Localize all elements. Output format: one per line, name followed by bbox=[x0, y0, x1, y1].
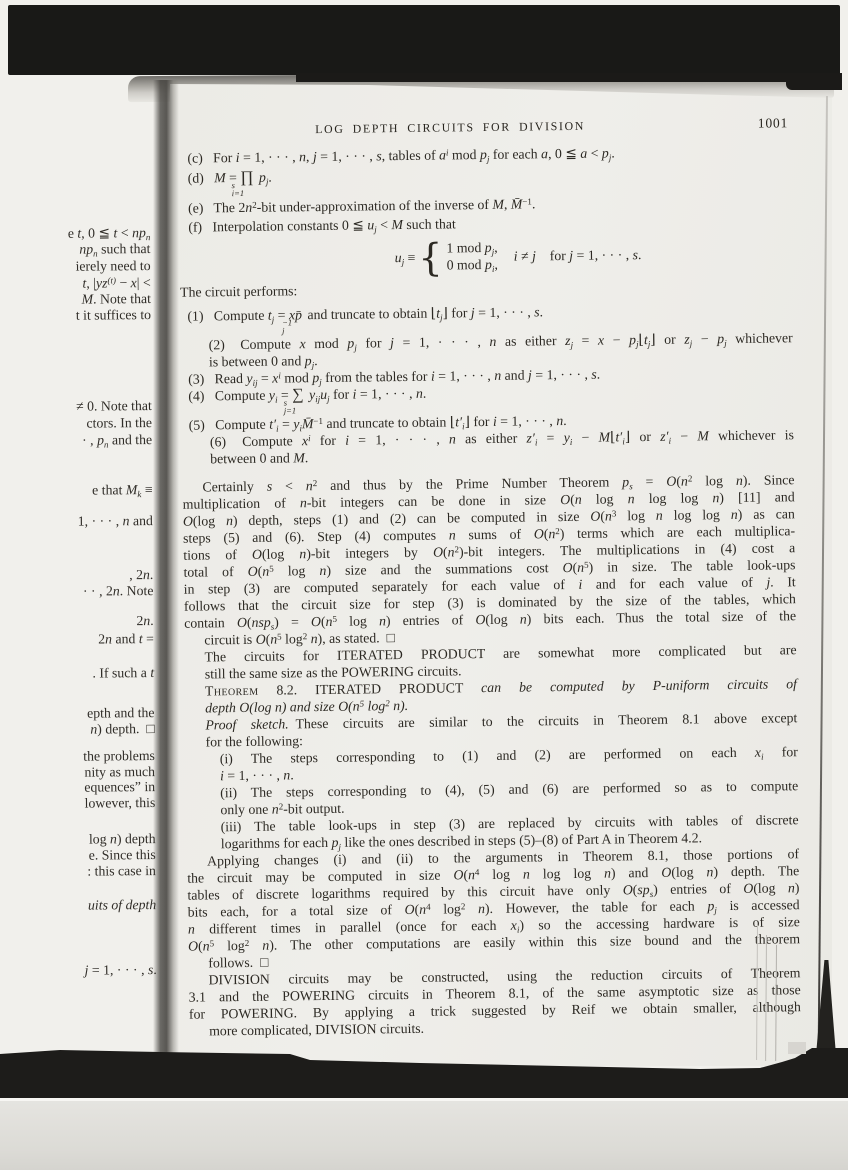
left-page-fragment: · , pn and the bbox=[82, 433, 152, 448]
left-page-fragment: ierely need to bbox=[75, 259, 150, 274]
paragraph-applying-changes: Applying changes (i) and (ii) to the arg… bbox=[187, 845, 800, 971]
cases-brace: { bbox=[418, 239, 443, 275]
left-page-fragment: nity as much bbox=[84, 765, 155, 780]
page-number: 1001 bbox=[758, 114, 788, 131]
left-page-fragment: npn such that bbox=[79, 242, 150, 257]
circuit-performs-line: The circuit performs: bbox=[180, 276, 792, 300]
left-page-fragment: j = 1, · · · , s. bbox=[85, 963, 157, 978]
scanner-top-black-strip bbox=[296, 73, 790, 82]
left-page-fragment: M. Note that bbox=[81, 292, 150, 307]
scanner-top-notch bbox=[786, 73, 842, 90]
book-spine-shadow bbox=[153, 80, 179, 1060]
left-page-fragment: 2n and t = bbox=[98, 632, 154, 646]
page-corner-step bbox=[788, 1042, 806, 1054]
left-page-fragment: . If such a t bbox=[92, 666, 154, 681]
left-page-fragment: uits of depth bbox=[88, 898, 156, 913]
left-page-text-fragments: e t, 0 ≦ t < npnnpn such thatierely need… bbox=[0, 80, 161, 1051]
running-head: LOG DEPTH CIRCUITS FOR DIVISION bbox=[315, 118, 585, 138]
left-page-fragment: n) depth. □ bbox=[90, 722, 154, 737]
scanner-bottom-gray-strip bbox=[0, 1101, 848, 1170]
left-page-fragment: e that Mk ≡ bbox=[92, 483, 153, 498]
left-page-fragment: t it suffices to bbox=[76, 308, 151, 323]
left-page-fragment: : this case in bbox=[87, 864, 156, 879]
left-page-fragment: equences” in bbox=[84, 780, 155, 795]
left-page-fragment: the problems bbox=[83, 749, 155, 764]
left-page-fragment: 2n. bbox=[136, 614, 153, 628]
left-page-fragment: log n) depth bbox=[89, 832, 156, 847]
left-page-fragment: ctors. In the bbox=[86, 416, 152, 431]
left-page-fragment: t, |yz(t) − x| < bbox=[82, 276, 150, 291]
scanner-top-black-bar bbox=[8, 5, 840, 75]
page-body-text: LOG DEPTH CIRCUITS FOR DIVISION 1001 (c)… bbox=[178, 114, 801, 1039]
right-page: LOG DEPTH CIRCUITS FOR DIVISION 1001 (c)… bbox=[170, 84, 832, 1066]
left-page-fragment: e t, 0 ≦ t < npn bbox=[68, 226, 151, 241]
left-page-fragment: e. Since this bbox=[89, 848, 156, 863]
left-page-fragment: , 2n. bbox=[129, 568, 153, 582]
left-page-fragment: epth and the bbox=[87, 706, 155, 721]
step-6: (6) Compute xi for i = 1, · · · , n as e… bbox=[182, 426, 794, 467]
left-page-fragment: · · , 2n. Note bbox=[83, 584, 154, 599]
paragraph-division: DIVISION circuits may be constructed, us… bbox=[188, 964, 801, 1039]
page-header: LOG DEPTH CIRCUITS FOR DIVISION 1001 bbox=[178, 114, 790, 139]
left-page-fragment: lowever, this bbox=[85, 796, 156, 811]
paragraph-size-analysis: Certainly s < n2 and thus by the Prime N… bbox=[182, 471, 796, 648]
left-page-fragment: 1, · · · , n and bbox=[78, 514, 153, 529]
left-page-fragment: ≠ 0. Note that bbox=[76, 399, 152, 414]
interpolation-equation: uj ≡ {1 mod pj,0 mod pi,i ≠ j for j = 1,… bbox=[394, 235, 791, 276]
